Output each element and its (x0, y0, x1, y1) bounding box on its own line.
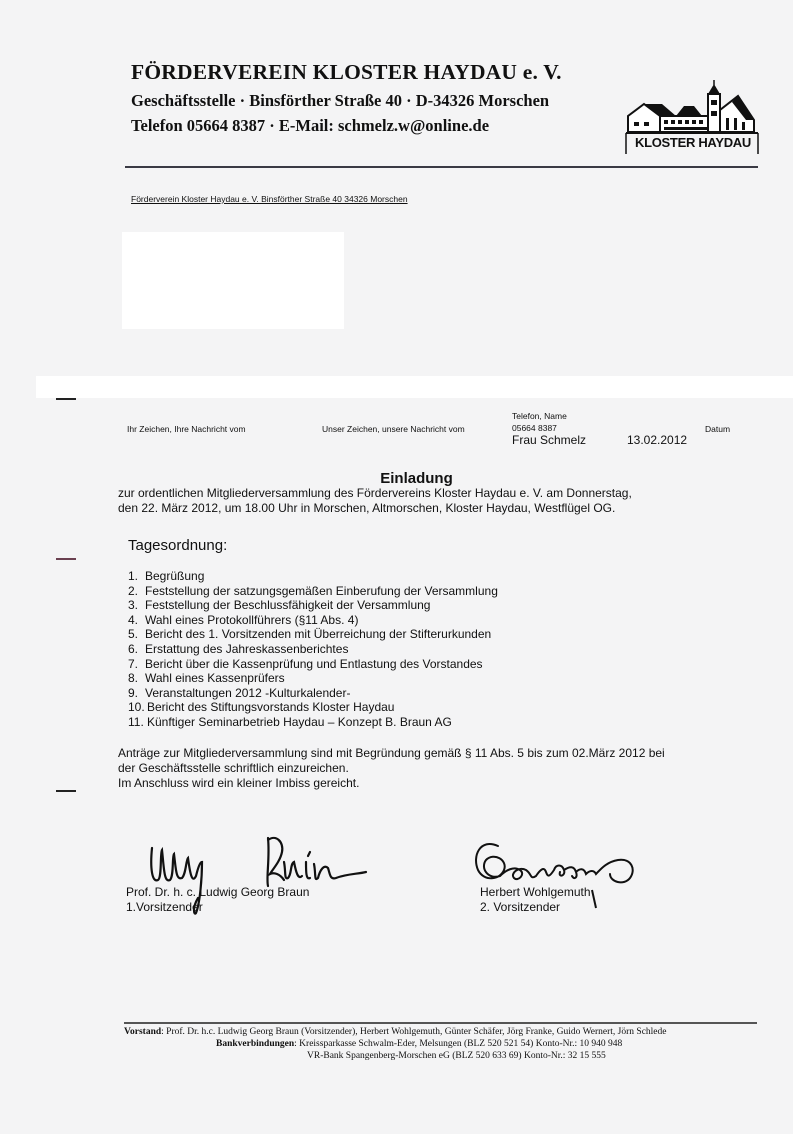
telefon-name-label: Telefon, Name (512, 411, 567, 421)
letter-title: Einladung (0, 470, 793, 487)
agenda-item: 9.Veranstaltungen 2012 -Kulturkalender- (128, 686, 498, 701)
ihr-zeichen-label: Ihr Zeichen, Ihre Nachricht vom (127, 424, 246, 434)
agenda-item-text: Künftiger Seminarbetrieb Haydau – Konzep… (147, 715, 452, 729)
agenda-item-text: Bericht des Stiftungsvorstands Kloster H… (147, 700, 394, 714)
footer-divider (124, 1022, 757, 1024)
intro-line: den 22. März 2012, um 18.00 Uhr in Morsc… (118, 501, 615, 516)
fold-mark (56, 790, 76, 792)
agenda-item-number: 7. (128, 657, 145, 672)
redaction-strip (36, 376, 793, 398)
agenda-item-number: 9. (128, 686, 145, 701)
note-line: Im Anschluss wird ein kleiner Imbiss ger… (118, 776, 359, 791)
bank-label: Bankverbindungen (216, 1039, 294, 1049)
agenda-item-text: Veranstaltungen 2012 -Kulturkalender- (145, 686, 350, 700)
agenda-item: 5.Bericht des 1. Vorsitzenden mit Überre… (128, 627, 498, 642)
footer-bank-1: Bankverbindungen: Kreissparkasse Schwalm… (216, 1039, 622, 1049)
agenda-item: 11.Künftiger Seminarbetrieb Haydau – Kon… (128, 715, 498, 730)
agenda-item-number: 10. (128, 700, 147, 715)
bank-account-1: : Kreissparkasse Schwalm-Eder, Melsungen… (294, 1039, 622, 1049)
signatory-2-name: Herbert Wohlgemuth (480, 885, 591, 899)
intro-line: zur ordentlichen Mitgliederversammlung d… (118, 486, 632, 501)
organization-address: Geschäftsstelle · Binsförther Straße 40 … (131, 91, 549, 111)
footer-board: Vorstand: Prof. Dr. h.c. Ludwig Georg Br… (124, 1027, 667, 1037)
organization-contact: Telefon 05664 8387 · E-Mail: schmelz.w@o… (131, 116, 489, 136)
agenda-item: 1.Begrüßung (128, 569, 498, 584)
agenda-item: 4.Wahl eines Protokollführers (§11 Abs. … (128, 613, 498, 628)
bank-account-2: VR-Bank Spangenberg-Morschen eG (BLZ 520… (307, 1051, 606, 1061)
agenda-item-text: Feststellung der Beschlussfähigkeit der … (145, 598, 430, 612)
agenda-item-number: 8. (128, 671, 145, 686)
agenda-item-number: 1. (128, 569, 145, 584)
organization-name: FÖRDERVEREIN KLOSTER HAYDAU e. V. (131, 60, 562, 85)
agenda-item: 10.Bericht des Stiftungsvorstands Kloste… (128, 700, 498, 715)
agenda-item: 6.Erstattung des Jahreskassenberichtes (128, 642, 498, 657)
agenda-item-number: 5. (128, 627, 145, 642)
agenda-item-text: Begrüßung (145, 569, 204, 583)
agenda-item-text: Bericht über die Kassenprüfung und Entla… (145, 657, 483, 671)
agenda-item-text: Wahl eines Kassenprüfers (145, 671, 285, 685)
telefon-value: 05664 8387 (512, 423, 557, 433)
fold-mark (56, 398, 76, 400)
agenda-item-text: Erstattung des Jahreskassenberichtes (145, 642, 348, 656)
agenda-item: 2.Feststellung der satzungsgemäßen Einbe… (128, 584, 498, 599)
board-members: : Prof. Dr. h.c. Ludwig Georg Braun (Vor… (161, 1027, 666, 1037)
header-divider (125, 166, 758, 168)
board-label: Vorstand (124, 1027, 161, 1037)
agenda-item: 3.Feststellung der Beschlussfähigkeit de… (128, 598, 498, 613)
note-line: Anträge zur Mitgliederversammlung sind m… (118, 746, 665, 761)
agenda-item-text: Feststellung der satzungsgemäßen Einberu… (145, 584, 498, 598)
agenda-item-number: 2. (128, 584, 145, 599)
kloster-haydau-logo: KLOSTER HAYDAU (622, 80, 762, 156)
note-line: der Geschäftsstelle schriftlich einzurei… (118, 761, 349, 776)
agenda-item-text: Bericht des 1. Vorsitzenden mit Überreic… (145, 627, 491, 641)
signatory-2-role: 2. Vorsitzender (480, 900, 560, 914)
letter-date: 13.02.2012 (627, 433, 687, 447)
agenda-item-number: 6. (128, 642, 145, 657)
recipient-address-redacted (122, 232, 344, 329)
agenda-heading: Tagesordnung: (128, 537, 227, 554)
agenda-item: 7.Bericht über die Kassenprüfung und Ent… (128, 657, 498, 672)
sender-return-address: Förderverein Kloster Haydau e. V. Binsfö… (131, 194, 408, 204)
agenda-item-number: 3. (128, 598, 145, 613)
agenda-item-number: 11. (128, 715, 147, 730)
unser-zeichen-label: Unser Zeichen, unsere Nachricht vom (322, 424, 465, 434)
signatory-1-name: Prof. Dr. h. c. Ludwig Georg Braun (126, 885, 309, 899)
logo-text: KLOSTER HAYDAU (628, 135, 758, 150)
agenda-list: 1.Begrüßung2.Feststellung der satzungsge… (128, 569, 498, 730)
datum-label: Datum (705, 424, 730, 434)
agenda-item-number: 4. (128, 613, 145, 628)
agenda-item: 8.Wahl eines Kassenprüfers (128, 671, 498, 686)
contact-name: Frau Schmelz (512, 433, 586, 447)
signatory-1-role: 1.Vorsitzender (126, 900, 203, 914)
agenda-item-text: Wahl eines Protokollführers (§11 Abs. 4) (145, 613, 358, 627)
punch-mark (56, 558, 76, 560)
